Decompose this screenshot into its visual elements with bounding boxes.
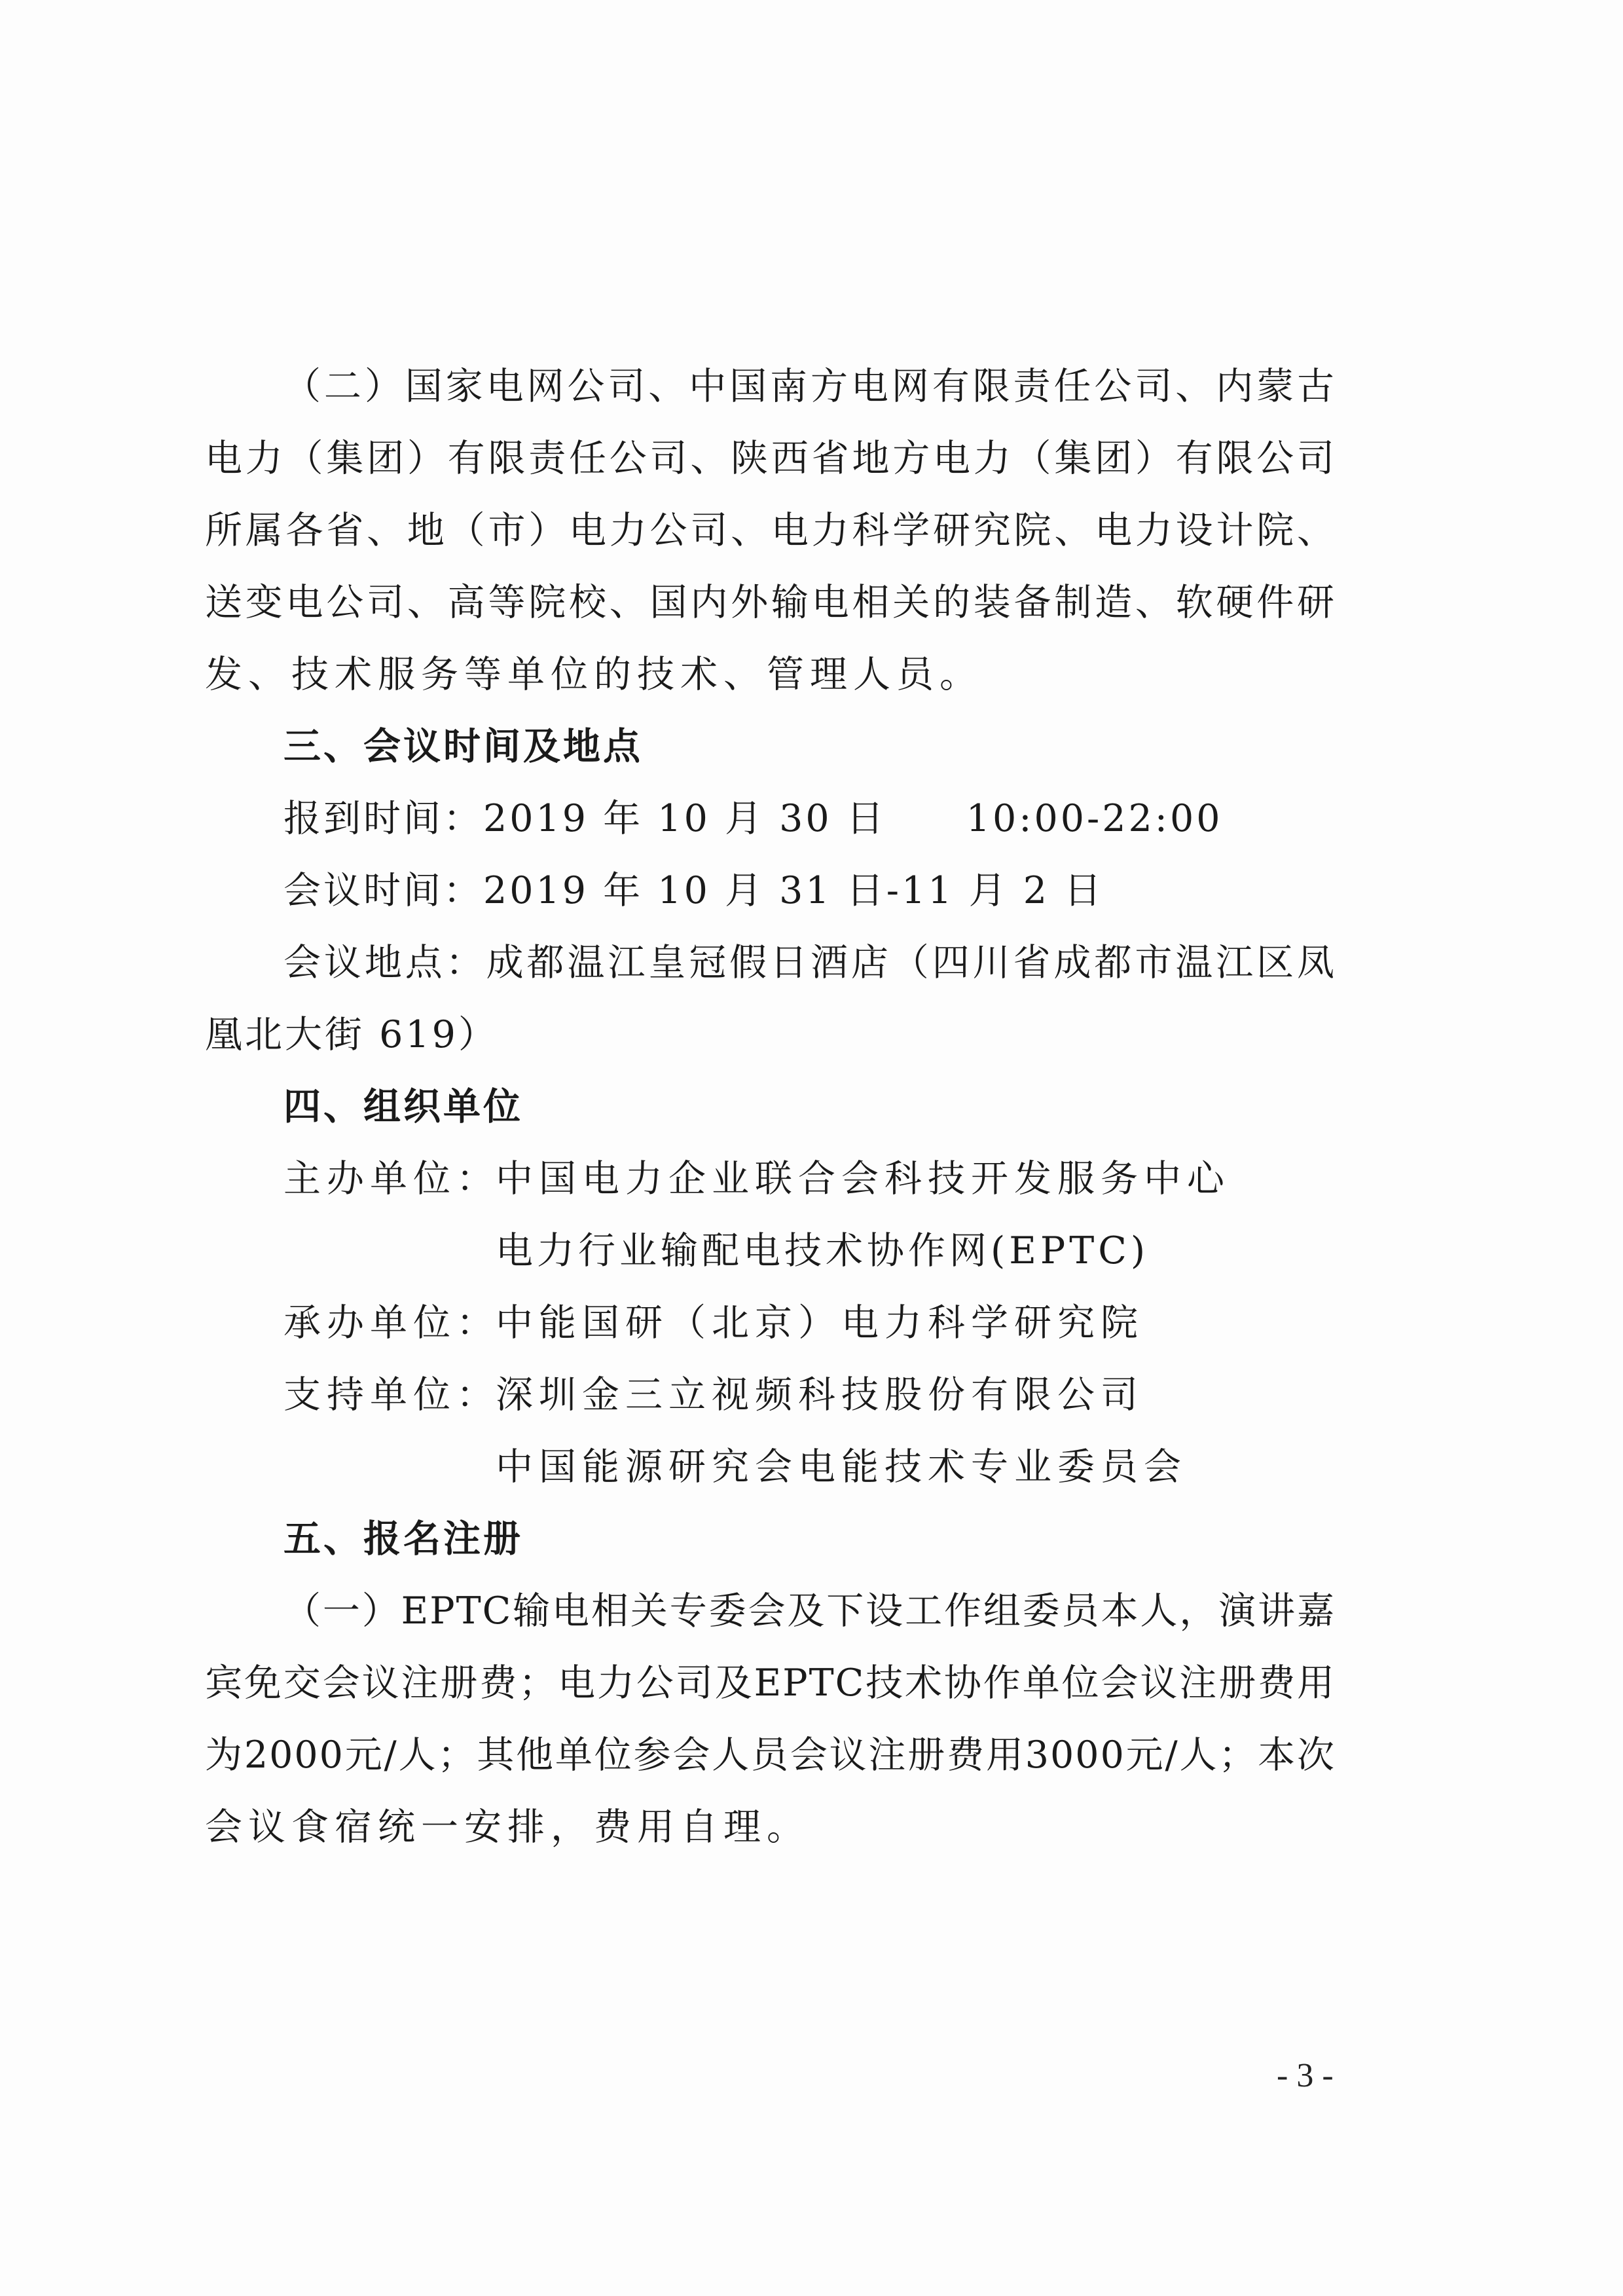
host-label: 主办单位： [283,1153,500,1205]
paragraph-line: 所属各省、地（市）电力公司、电力科学研究院、电力设计院、 [205,504,1336,557]
section-heading: 四、组织单位 [283,1081,1336,1133]
paragraph-line: 电力（集团）有限责任公司、陕西省地方电力（集团）有限公司 [205,432,1336,485]
paragraph-line: 发、技术服务等单位的技术、管理人员。 [205,648,1336,701]
section-heading: 三、会议时间及地点 [283,720,1336,773]
paragraph-line: 会议食宿统一安排，费用自理。 [205,1801,1336,1853]
paragraph-line: （二）国家电网公司、中国南方电网有限责任公司、内蒙古 [283,360,1336,413]
page-number: - 3 - [1277,2056,1334,2096]
checkin-time: 报到时间：2019 年 10 月 30 日 10:00-22:00 [283,792,1336,845]
support-org: 中国能源研究会电能技术专业委员会 [496,1441,1187,1493]
support-org: 深圳金三立视频科技股份有限公司 [496,1369,1144,1421]
organizer-label: 承办单位： [283,1297,500,1349]
meeting-venue-cont: 凰北大街 619） [205,1009,1336,1061]
meeting-venue: 会议地点：成都温江皇冠假日酒店（四川省成都市温江区凤 [283,936,1336,989]
host-org: 中国电力企业联合会科技开发服务中心 [496,1153,1230,1205]
document-page: （二）国家电网公司、中国南方电网有限责任公司、内蒙古 电力（集团）有限责任公司、… [0,0,1623,2296]
support-label: 支持单位： [283,1369,500,1421]
organizer-org: 中能国研（北京）电力科学研究院 [496,1297,1144,1349]
section-heading: 五、报名注册 [283,1513,1336,1565]
host-org: 电力行业输配电技术协作网(EPTC) [496,1225,1149,1277]
paragraph-line: 宾免交会议注册费；电力公司及EPTC技术协作单位会议注册费用 [205,1657,1336,1709]
paragraph-line: （一）EPTC输电相关专委会及下设工作组委员本人，演讲嘉 [283,1585,1336,1637]
paragraph-line: 为2000元/人；其他单位参会人员会议注册费用3000元/人；本次 [205,1729,1336,1781]
meeting-time: 会议时间：2019 年 10 月 31 日-11 月 2 日 [283,864,1336,917]
paragraph-line: 送变电公司、高等院校、国内外输电相关的装备制造、软硬件研 [205,576,1336,629]
